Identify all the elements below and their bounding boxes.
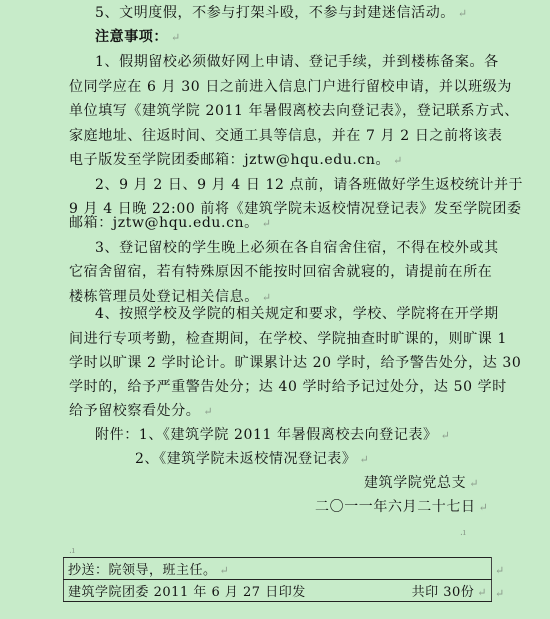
- item-5-text: 5、文明度假，不参与打架斗殴，不参与封建迷信活动。: [95, 5, 455, 21]
- signature-line: 建筑学院党总支↵: [364, 474, 550, 493]
- cc-cell: 抄送：院领导，班主任。↵: [64, 558, 492, 580]
- cc-text: 抄送：院领导，班主任。: [68, 563, 217, 578]
- item-5-line: 5、文明度假，不参与打架斗殴，不参与封建迷信活动。↵: [95, 4, 480, 23]
- note-1-line-1: 1、假期留校必须做好网上申请、登记手续，并到楼栋备案。各: [95, 53, 480, 71]
- note-4-line-3: 学时以旷课 2 学时论计。旷课累计达 20 学时，给予警告处分，达 30: [69, 354, 454, 372]
- note-1-line-4: 家庭地址、往返时间、交通工具等信息，并在 7 月 2 日之前将该表: [69, 127, 454, 145]
- paragraph-mark-icon: ↵: [393, 154, 403, 167]
- note-1-line-3: 单位填写《建筑学院 2011 年暑假离校去向登记表》，登记联系方式、: [69, 102, 454, 120]
- paragraph-mark-icon: ↵: [360, 453, 370, 466]
- note-4-line-5: 给予留校察看处分。↵: [69, 402, 454, 421]
- copies-wrap: 共印 30份↵: [412, 581, 487, 600]
- paragraph-mark-icon: ↵: [262, 291, 272, 304]
- paragraph-mark-icon: ↵: [469, 477, 479, 490]
- signature-text: 建筑学院党总支: [364, 475, 466, 491]
- note-2-line-1: 2、9 月 2 日、9 月 4 日 12 点前，请各班做好学生返校统计并于: [95, 176, 480, 194]
- paragraph-mark-icon: ↵: [220, 564, 230, 577]
- note-2-line-3: 邮箱：jztw@hqu.edu.cn。↵: [69, 214, 454, 233]
- row-end-mark-icon: ↵: [495, 564, 504, 577]
- note-4-line-2: 间进行专项考勤，检查期间，在学校、学院抽查时旷课的，则旷课 1: [69, 330, 454, 348]
- notes-heading-text: 注意事项：: [95, 29, 168, 45]
- note-1-line-2: 位同学应在 6 月 30 日之前进入信息门户进行留校申请，并以班级为: [69, 78, 454, 96]
- paragraph-mark-icon: ↵: [477, 586, 487, 599]
- attachment-2-text: 2、《建筑学院未返校情况登记表》: [135, 451, 357, 467]
- note-2-email-text: 邮箱：jztw@hqu.edu.cn。: [69, 215, 259, 231]
- attachment-1-text: 1、《建筑学院 2011 年暑假离校去向登记表》: [139, 427, 438, 443]
- issuer-row: 建筑学院团委 2011 年 6 月 27 日印发共印 30份↵: [64, 580, 492, 602]
- row-end-mark-icon: ↵: [495, 587, 504, 600]
- paragraph-mark-icon: ↵: [171, 31, 181, 44]
- notes-heading: 注意事项：↵: [95, 28, 480, 47]
- attachments-label: 附件：: [95, 427, 139, 443]
- note-1-email-text: 电子版发至学院团委邮箱：jztw@hqu.edu.cn。: [69, 152, 390, 168]
- paragraph-mark-icon: ↵: [441, 429, 451, 442]
- attachment-1-line: 附件：1、《建筑学院 2011 年暑假离校去向登记表》↵: [95, 426, 480, 445]
- paragraph-mark-icon: ↵: [203, 405, 213, 418]
- note-3-last-text: 楼栋管理员处登记相关信息。: [69, 289, 259, 305]
- document-page: 5、文明度假，不参与打架斗殴，不参与封建迷信活动。↵ 注意事项：↵ 1、假期留校…: [0, 0, 550, 619]
- note-3-line-1: 3、登记留校的学生晚上必须在各自宿舍住宿，不得在校外或其: [95, 239, 480, 257]
- note-4-line-1: 4、按照学校及学院的相关规定和要求，学校、学院将在开学期: [95, 305, 480, 323]
- copies-text: 共印 30份: [412, 585, 475, 600]
- note-3-line-2: 它宿舍留宿，若有特殊原因不能按时回宿舍就寝的，请提前在所在: [69, 263, 454, 281]
- paragraph-mark-icon: ↵: [479, 501, 489, 514]
- issuer-cell: 建筑学院团委 2011 年 6 月 27 日印发共印 30份↵: [64, 580, 492, 602]
- date-line: 二〇一一年六月二十七日↵: [315, 498, 550, 517]
- attachment-2-line: 2、《建筑学院未返校情况登记表》↵: [135, 450, 520, 469]
- paragraph-mark-icon: .ı: [69, 546, 75, 556]
- note-4-line-4: 学时的，给予严重警告处分；达 40 学时给予记过处分，达 50 学时: [69, 378, 454, 396]
- note-1-line-5: 电子版发至学院团委邮箱：jztw@hqu.edu.cn。↵: [69, 151, 454, 170]
- note-4-last-text: 给予留校察看处分。: [69, 403, 200, 419]
- date-text: 二〇一一年六月二十七日: [315, 499, 476, 515]
- paragraph-mark-icon: ↵: [262, 217, 272, 230]
- distribution-table: 抄送：院领导，班主任。↵ 建筑学院团委 2011 年 6 月 27 日印发共印 …: [63, 557, 492, 602]
- paragraph-mark-icon: .ı: [460, 528, 466, 538]
- paragraph-mark-icon: ↵: [458, 7, 468, 20]
- issuer-text: 建筑学院团委 2011 年 6 月 27 日印发: [68, 585, 306, 600]
- cc-row: 抄送：院领导，班主任。↵: [64, 558, 492, 580]
